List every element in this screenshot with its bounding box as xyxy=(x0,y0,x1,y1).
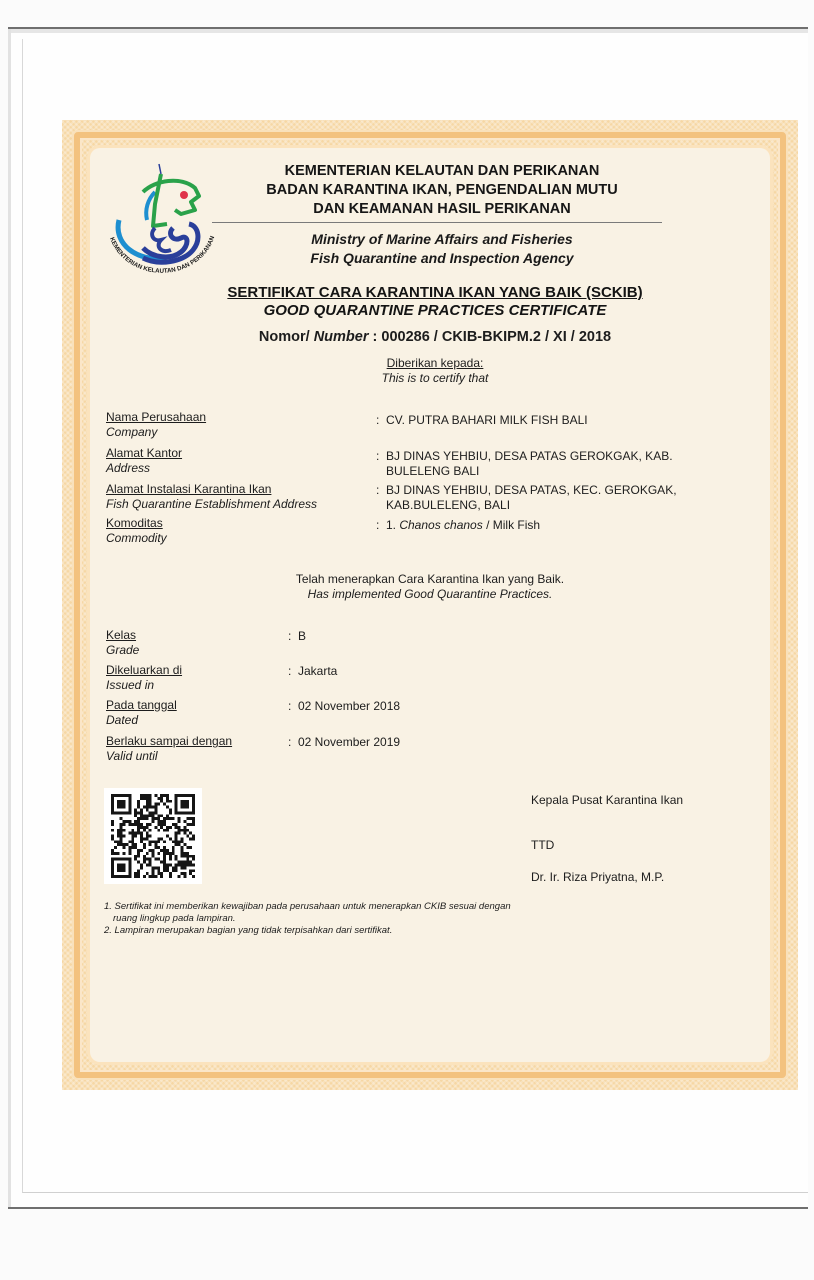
label-en: Company xyxy=(106,425,206,440)
value-line: KAB.BULELENG, BALI xyxy=(376,498,716,513)
detail-dated-value: :02 November 2018 xyxy=(288,699,588,714)
detail-valid-label: Berlaku sampai dengan Valid until xyxy=(106,734,232,764)
header-divider xyxy=(212,222,662,223)
qr-code[interactable] xyxy=(104,788,202,884)
certificate-title-english: GOOD QUARANTINE PRACTICES CERTIFICATE xyxy=(150,302,720,319)
detail-grade-label: Kelas Grade xyxy=(106,628,139,658)
field-company-label: Nama Perusahaan Company xyxy=(106,410,206,440)
detail-issued-value: :Jakarta xyxy=(288,664,588,679)
label-id: Alamat Instalasi Karantina Ikan xyxy=(106,482,317,497)
given-to-id: Diberikan kepada: xyxy=(300,356,570,371)
label-en: Address xyxy=(106,461,182,476)
signatory-name: Dr. Ir. Riza Priyatna, M.P. xyxy=(531,870,664,885)
value: B xyxy=(298,629,306,643)
field-establishment-label: Alamat Instalasi Karantina Ikan Fish Qua… xyxy=(106,482,317,512)
value-line: CV. PUTRA BAHARI MILK FISH BALI xyxy=(386,413,588,427)
ministry-line-2: BADAN KARANTINA IKAN, PENGENDALIAN MUTU xyxy=(262,181,622,200)
label-en: Dated xyxy=(106,713,177,728)
label-en: Fish Quarantine Establishment Address xyxy=(106,497,317,512)
value: 02 November 2018 xyxy=(298,699,400,713)
qr-code-icon xyxy=(110,794,196,878)
detail-dated-label: Pada tanggal Dated xyxy=(106,698,177,728)
certificate-title-indonesian: SERTIFIKAT CARA KARANTINA IKAN YANG BAIK… xyxy=(150,284,720,301)
label-id: Berlaku sampai dengan xyxy=(106,734,232,749)
given-to: Diberikan kepada: This is to certify tha… xyxy=(300,356,570,386)
value-line: BJ DINAS YEHBIU, DESA PATAS GEROKGAK, KA… xyxy=(386,449,673,463)
label-id: Kelas xyxy=(106,628,139,643)
field-address-value: :BJ DINAS YEHBIU, DESA PATAS GEROKGAK, K… xyxy=(376,449,716,479)
label-en: Issued in xyxy=(106,678,182,693)
ministry-name-indonesian: KEMENTERIAN KELAUTAN DAN PERIKANAN BADAN… xyxy=(262,162,622,219)
value: Jakarta xyxy=(298,664,337,678)
ministry-en-line-2: Fish Quarantine and Inspection Agency xyxy=(262,249,622,268)
label-id: Dikeluarkan di xyxy=(106,663,182,678)
commodity-scientific-name: Chanos chanos xyxy=(399,518,482,532)
field-address-label: Alamat Kantor Address xyxy=(106,446,182,476)
given-to-en: This is to certify that xyxy=(300,371,570,386)
implementation-statement: Telah menerapkan Cara Karantina Ikan yan… xyxy=(200,572,660,602)
value: 02 November 2019 xyxy=(298,735,400,749)
label-en: Commodity xyxy=(106,531,167,546)
statement-id: Telah menerapkan Cara Karantina Ikan yan… xyxy=(200,572,660,587)
ministry-name-english: Ministry of Marine Affairs and Fisheries… xyxy=(262,230,622,268)
signature-mark: TTD xyxy=(531,838,554,853)
note-item: 2. Lampiran merupakan bagian yang tidak … xyxy=(104,925,524,937)
signatory-position: Kepala Pusat Karantina Ikan xyxy=(531,793,683,808)
number-label-id: Nomor/ xyxy=(259,329,310,345)
number-label-en: Number xyxy=(314,329,369,345)
label-id: Pada tanggal xyxy=(106,698,177,713)
detail-grade-value: :B xyxy=(288,629,588,644)
commodity-common-name: / Milk Fish xyxy=(483,518,540,532)
ministry-line-1: KEMENTERIAN KELAUTAN DAN PERIKANAN xyxy=(262,162,622,181)
label-en: Valid until xyxy=(106,749,232,764)
ministry-en-line-1: Ministry of Marine Affairs and Fisheries xyxy=(262,230,622,249)
field-commodity-label: Komoditas Commodity xyxy=(106,516,167,546)
value-line: BULELENG BALI xyxy=(376,464,716,479)
value-line: BJ DINAS YEHBIU, DESA PATAS, KEC. GEROKG… xyxy=(386,483,677,497)
field-establishment-value: :BJ DINAS YEHBIU, DESA PATAS, KEC. GEROK… xyxy=(376,483,716,513)
detail-valid-value: :02 November 2019 xyxy=(288,735,588,750)
ministry-line-3: DAN KEAMANAN HASIL PERIKANAN xyxy=(262,200,622,219)
field-commodity-value: :1. Chanos chanos / Milk Fish xyxy=(376,518,716,533)
fish-emblem-icon: KEMENTERIAN KELAUTAN DAN PERIKANAN xyxy=(103,162,221,282)
label-id: Komoditas xyxy=(106,516,167,531)
label-id: Alamat Kantor xyxy=(106,446,182,461)
note-item: 1. Sertifikat ini memberikan kewajiban p… xyxy=(104,901,524,925)
statement-en: Has implemented Good Quarantine Practice… xyxy=(200,587,660,602)
certificate-notes: 1. Sertifikat ini memberikan kewajiban p… xyxy=(104,901,524,937)
ministry-logo: KEMENTERIAN KELAUTAN DAN PERIKANAN xyxy=(103,162,221,282)
number-value: : 000286 / CKIB-BKIPM.2 / XI / 2018 xyxy=(373,329,612,345)
certificate-number: Nomor/ Number : 000286 / CKIB-BKIPM.2 / … xyxy=(150,329,720,345)
label-id: Nama Perusahaan xyxy=(106,410,206,425)
commodity-index: 1. xyxy=(386,518,399,532)
label-en: Grade xyxy=(106,643,139,658)
field-company-value: :CV. PUTRA BAHARI MILK FISH BALI xyxy=(376,413,716,428)
detail-issued-label: Dikeluarkan di Issued in xyxy=(106,663,182,693)
